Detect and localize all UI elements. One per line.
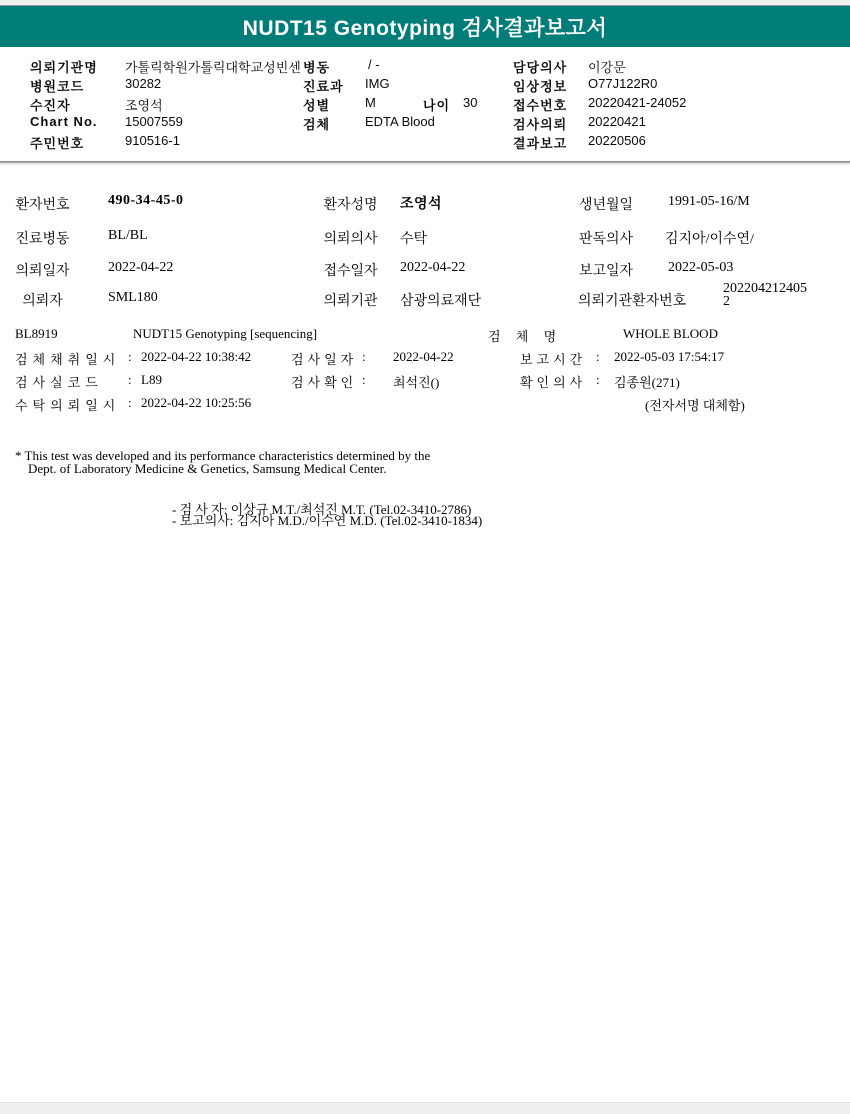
- birth-value: 1991-05-16/M: [668, 194, 750, 210]
- requester-label: 의뢰자: [5, 290, 80, 310]
- hospital-code-value: 30282: [125, 76, 161, 91]
- org-patient-no-value: 2022042124052: [723, 282, 811, 308]
- report-date2-label: 보고일자: [551, 260, 661, 280]
- colon: :: [128, 395, 132, 411]
- attending-doctor-value: 이강문: [588, 57, 626, 76]
- receipt-date-label: 접수일자: [313, 260, 388, 280]
- colon: :: [128, 372, 132, 388]
- esign-note: (전자서명 대체함): [645, 395, 745, 414]
- bottom-strip: [0, 1102, 850, 1114]
- sex-label: 성별: [303, 95, 330, 114]
- test-confirm-label: 검사확인: [291, 372, 357, 391]
- test-date-label: 검사일자: [291, 349, 357, 368]
- chart-no-value: 15007559: [125, 114, 183, 129]
- section-separator: [0, 161, 850, 166]
- ordering-org-text: 가톨릭학원가톨릭대학교성빈센트: [125, 57, 301, 76]
- order-date-value: 20220421: [588, 114, 646, 129]
- test-date-value: 2022-04-22: [393, 349, 454, 365]
- contact-reporter-line: - 보고의사: 김지아 M.D./이수연 M.D. (Tel.02-3410-1…: [172, 510, 482, 529]
- ordering-org-label: 의뢰기관명: [30, 57, 98, 76]
- referral-value: 2022-04-22 10:25:56: [141, 395, 251, 411]
- clinical-info-value: O77J122R0: [588, 76, 657, 91]
- receipt-no-label: 접수번호: [513, 95, 567, 114]
- patient-no-value: 490-34-45-0: [108, 193, 184, 209]
- resident-no-label: 주민번호: [30, 133, 84, 152]
- test-code: BL8919: [15, 326, 58, 342]
- examinee-label: 수진자: [30, 95, 71, 114]
- examinee-value: 조영석: [125, 95, 163, 114]
- colon: :: [362, 372, 366, 388]
- ward-label: 병동: [303, 57, 330, 76]
- reading-doctor-label: 판독의사: [551, 228, 661, 248]
- requester-value: SML180: [108, 290, 158, 306]
- referral-label: 수탁의뢰일시: [15, 395, 120, 414]
- colon: :: [596, 349, 600, 365]
- lab-code-label: 검사실코드: [15, 372, 103, 391]
- age-label: 나이: [423, 95, 450, 114]
- request-org-value: 삼광의료재단: [400, 290, 481, 310]
- patient-name-label: 환자성명: [313, 194, 388, 214]
- test-specimen-label: 검 체 명: [488, 326, 556, 345]
- report-date2-value: 2022-05-03: [668, 260, 733, 276]
- lab-code-value: L89: [141, 372, 162, 388]
- request-doctor-value: 수탁: [400, 228, 427, 248]
- report-time-value: 2022-05-03 17:54:17: [614, 349, 724, 365]
- request-doctor-label: 의뢰의사: [313, 228, 388, 248]
- confirm-doctor-value: 김종원(271): [614, 372, 680, 391]
- report-date-value: 20220506: [588, 133, 646, 148]
- clinical-info-label: 임상정보: [513, 76, 567, 95]
- page-title: NUDT15 Genotyping 검사결과보고서: [243, 12, 608, 42]
- resident-no-value: 910516-1: [125, 133, 180, 148]
- confirm-doctor-label: 확인의사: [520, 372, 586, 391]
- chart-no-label: Chart No.: [30, 114, 98, 129]
- collected-label: 검체채취일시: [15, 349, 120, 368]
- hospital-code-label: 병원코드: [30, 76, 84, 95]
- collected-value: 2022-04-22 10:38:42: [141, 349, 251, 365]
- org-patient-no-label: 의뢰기관환자번호: [578, 290, 686, 310]
- reading-doctor-value: 김지아/이수연/: [665, 228, 754, 248]
- department-value: IMG: [365, 76, 390, 91]
- birth-label: 생년월일: [551, 194, 661, 214]
- patient-name-value: 조영석: [400, 193, 442, 213]
- test-name: NUDT15 Genotyping [sequencing]: [133, 326, 317, 342]
- report-date-label: 결과보고: [513, 133, 567, 152]
- request-date-label: 의뢰일자: [5, 260, 80, 280]
- department-label: 진료과: [303, 76, 344, 95]
- test-specimen-value: WHOLE BLOOD: [623, 326, 718, 342]
- report-page: NUDT15 Genotyping 검사결과보고서 의뢰기관명 가톨릭학원가톨릭…: [0, 0, 850, 1114]
- receipt-date-value: 2022-04-22: [400, 260, 465, 276]
- test-confirm-value: 최석진(): [393, 372, 439, 391]
- attending-doctor-label: 담당의사: [513, 57, 567, 76]
- specimen-value: EDTA Blood: [365, 114, 435, 129]
- age-value: 30: [463, 95, 477, 110]
- ward-value: / -: [368, 57, 380, 72]
- colon: :: [362, 349, 366, 365]
- title-bar: NUDT15 Genotyping 검사결과보고서: [0, 6, 850, 47]
- colon: :: [128, 349, 132, 365]
- footnote-line2: Dept. of Laboratory Medicine & Genetics,…: [28, 461, 386, 477]
- report-time-label: 보고시간: [520, 349, 586, 368]
- receipt-no-value: 20220421-24052: [588, 95, 686, 110]
- patient-ward-label: 진료병동: [5, 228, 80, 248]
- sex-value: M: [365, 95, 376, 110]
- request-date-value: 2022-04-22: [108, 260, 173, 276]
- colon: :: [596, 372, 600, 388]
- request-org-label: 의뢰기관: [313, 290, 388, 310]
- specimen-label: 검체: [303, 114, 330, 133]
- patient-ward-value: BL/BL: [108, 228, 148, 244]
- patient-no-label: 환자번호: [5, 194, 80, 214]
- order-date-label: 검사의뢰: [513, 114, 567, 133]
